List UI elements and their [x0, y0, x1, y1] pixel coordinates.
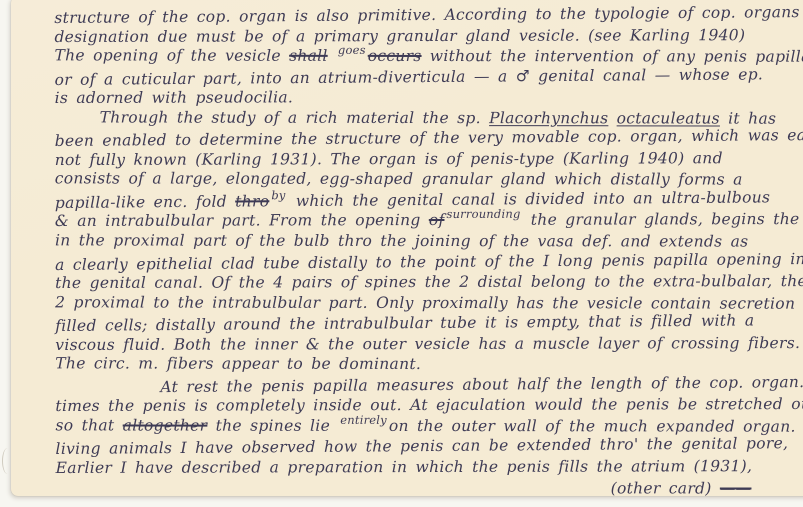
text: without the intervention of any penis pa…	[422, 47, 803, 66]
handwritten-line: times the penis is completely inside out…	[55, 394, 803, 417]
text: structure of the cop. organ is also prim…	[54, 3, 803, 27]
text: filled cells; distally around the intrab…	[55, 312, 754, 335]
text: not fully known (Karling 1931). The orga…	[55, 149, 723, 169]
text: in the proximal part of the bulb thro th…	[55, 231, 748, 250]
handwritten-line: (other card) ——	[56, 477, 803, 496]
underline-text: Placorhynchus	[489, 109, 608, 127]
text: been enabled to determine the structure …	[55, 126, 803, 150]
text	[328, 47, 336, 65]
insert-text: by	[271, 188, 285, 202]
handwritten-line: in the proximal part of the bulb thro th…	[55, 230, 803, 252]
text: is adorned with pseudocilia.	[55, 89, 294, 108]
handwritten-line: designation due must be of a primary gra…	[54, 25, 803, 48]
text: times the penis is completely inside out…	[55, 395, 803, 415]
strike-text: altogether	[123, 416, 208, 434]
strike-text: occurs	[368, 47, 422, 65]
handwritten-line: Earlier I have described a preparation i…	[56, 456, 803, 479]
strike-text: thro	[235, 192, 269, 210]
text: At rest the penis papilla measures about…	[160, 373, 803, 396]
text	[608, 109, 616, 127]
strike-text: ——	[720, 479, 752, 496]
text: or of a cuticular part, into an atrium-d…	[54, 65, 763, 89]
text: so that	[55, 416, 122, 434]
text: viscous fluid. Both the inner & the oute…	[55, 334, 800, 354]
underline-text: octaculeatus	[617, 109, 720, 127]
text: living animals I have observed how the p…	[55, 435, 788, 459]
insert-text: entirely	[340, 413, 387, 427]
text: Through the study of a rich material the…	[100, 108, 489, 127]
text: Earlier I have described a preparation i…	[56, 457, 753, 477]
handwritten-line: not fully known (Karling 1931). The orga…	[55, 148, 803, 171]
index-card: structure of the cop. organ is also prim…	[11, 0, 803, 496]
insert-text: goes	[338, 43, 366, 57]
text: the granular glands, begins the ductus e…	[523, 210, 803, 229]
text: 2 proximal to the intrabulbular part. On…	[55, 293, 795, 312]
text: The opening of the vesicle	[54, 46, 289, 64]
text: the genital canal. Of the 4 pairs of spi…	[55, 272, 803, 292]
strike-text: of	[429, 211, 445, 229]
text: & an intrabulbular part. From the openin…	[55, 211, 429, 230]
text: The circ. m. fibers appear to be dominan…	[55, 355, 421, 374]
insert-text: surrounding	[446, 207, 520, 221]
handwritten-line: viscous fluid. Both the inner & the oute…	[55, 333, 803, 356]
text: papilla-like enc. fold	[55, 192, 235, 211]
text: which the genital canal is divided into …	[288, 188, 771, 210]
text: designation due must be of a primary gra…	[54, 26, 745, 46]
text: a clearly epithelial clad tube distally …	[55, 249, 803, 273]
strike-text: shall	[289, 47, 328, 65]
text: (other card)	[611, 479, 720, 496]
note-lines: structure of the cop. organ is also prim…	[54, 4, 803, 496]
text: consists of a large, elongated, egg-shap…	[55, 170, 743, 189]
text: the spines lie	[207, 417, 338, 435]
